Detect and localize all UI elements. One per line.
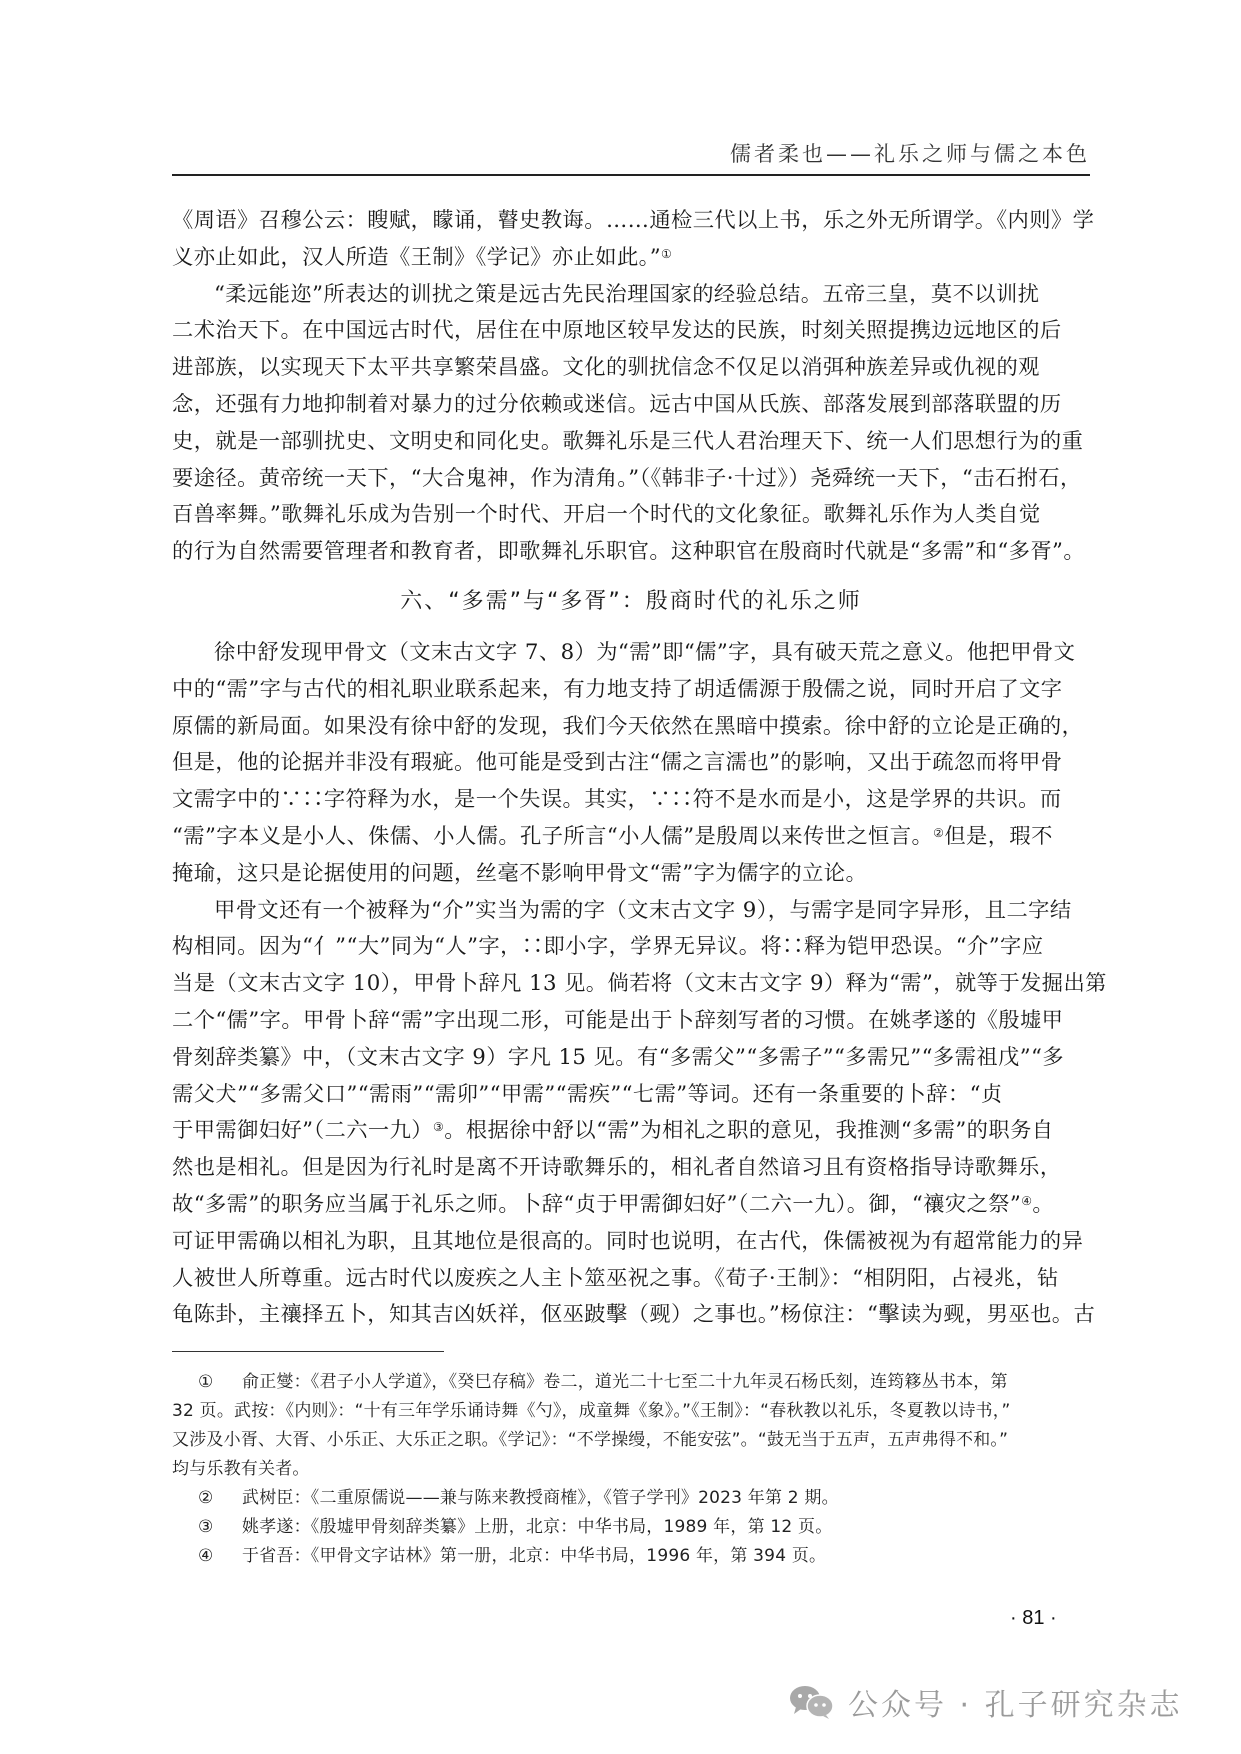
- footnote-line: ①俞正燮：《君子小人学道》，《癸巳存稿》卷二，道光二十七至二十九年灵石杨氏刻，连…: [172, 1368, 1090, 1397]
- watermark-text: 公众号 · 孔子研究杂志: [848, 1680, 1183, 1724]
- text-line: 掩瑜，这只是论据使用的问题，丝毫不影响甲骨文“需”字为儒字的立论。: [172, 856, 1090, 893]
- text-line: 构相同。因为“亻”“大”同为“人”字，∷即小字，学界无异议。将∷释为铠甲恐误。“…: [172, 929, 1090, 966]
- text-line: 文需字中的∵∷字符释为水，是一个失误。其实，∵∷符不是水而是小，这是学界的共识。…: [172, 782, 1090, 819]
- footnote-line: 均与乐教有关者。: [172, 1455, 1090, 1484]
- line-text-tail: 但是，瑕不: [944, 824, 1053, 849]
- text-line: 需父犬”“多需父口”“需雨”“需卯”“甲需”“需疾”“七需”等词。还有一条重要的…: [172, 1077, 1090, 1114]
- line-text: 需父犬”“多需父口”“需雨”“需卯”“甲需”“需疾”“七需”等词。还有一条重要的…: [172, 1082, 1003, 1107]
- line-text: 原儒的新局面。如果没有徐中舒的发现，我们今天依然在黑暗中摸索。徐中舒的立论是正确…: [172, 714, 1083, 739]
- body-text: 《周语》召穆公云：瞍赋，矇诵，瞽史教诲。……通检三代以上书，乐之外无所谓学。《内…: [172, 203, 1090, 1334]
- footnote-text: 又涉及小胥、大胥、小乐正、大乐正之职。《学记》：“不学操缦，不能安弦”。“鼓无当…: [172, 1430, 1008, 1450]
- wechat-icon: [788, 1684, 836, 1720]
- footnote-number: ③: [198, 1513, 242, 1542]
- footnote-text: 于省吾：《甲骨文字诂林》第一册，北京：中华书局，1996 年，第 394 页。: [242, 1546, 826, 1566]
- text-line: 百兽率舞。”歌舞礼乐成为告别一个时代、开启一个时代的文化象征。歌舞礼乐作为人类自…: [172, 497, 1090, 534]
- line-text: 骨刻辞类纂》中，（文末古文字 9）字凡 15 见。有“多需父”“多需子”“多需兄…: [172, 1045, 1064, 1070]
- line-text: 掩瑜，这只是论据使用的问题，丝毫不影响甲骨文“需”字为儒字的立论。: [172, 861, 867, 886]
- text-line: 甲骨文还有一个被释为“介”实当为需的字（文末古文字 9），与需字是同字异形，且二…: [172, 893, 1090, 930]
- line-text: 义亦止如此，汉人所造《王制》《学记》亦止如此。”: [172, 245, 661, 270]
- footnote-ref[interactable]: ③: [433, 1120, 444, 1134]
- footnote-line: 32 页。武按：《内则》：“十有三年学乐诵诗舞《勺》，成童舞《象》。”《王制》：…: [172, 1397, 1090, 1426]
- watermark: 公众号 · 孔子研究杂志: [788, 1680, 1183, 1724]
- text-line: 原儒的新局面。如果没有徐中舒的发现，我们今天依然在黑暗中摸索。徐中舒的立论是正确…: [172, 709, 1090, 746]
- text-line: 的行为自然需要管理者和教育者，即歌舞礼乐职官。这种职官在殷商时代就是“多需”和“…: [172, 534, 1090, 571]
- footnote-number: ①: [198, 1368, 242, 1397]
- line-text: 可证甲需确以相礼为职，且其地位是很高的。同时也说明，在古代，侏儒被视为有超常能力…: [172, 1229, 1083, 1254]
- text-line: 徐中舒发现甲骨文（文末古文字 7、8）为“需”即“儒”字，具有破天荒之意义。他把…: [172, 635, 1090, 672]
- line-text: 于甲需御妇好”（二六一九）: [172, 1118, 433, 1143]
- line-text: 然也是相礼。但是因为行礼时是离不开诗歌舞乐的，相礼者自然谙习且有资格指导诗歌舞乐…: [172, 1155, 1062, 1180]
- text-line: 可证甲需确以相礼为职，且其地位是很高的。同时也说明，在古代，侏儒被视为有超常能力…: [172, 1224, 1090, 1261]
- line-text: 要途径。黄帝统一天下，“大合鬼神，作为清角。”（《韩非子·十过》）尧舜统一天下，…: [172, 466, 1082, 491]
- footnote-rule: [172, 1351, 444, 1352]
- section-heading: 六、“多需”与“多胥”：殷商时代的礼乐之师: [172, 571, 1090, 635]
- paragraphs-after-heading: 徐中舒发现甲骨文（文末古文字 7、8）为“需”即“儒”字，具有破天荒之意义。他把…: [172, 635, 1090, 1334]
- line-text: 进部族，以实现天下太平共享繁荣昌盛。文化的驯扰信念不仅足以消弭种族差异或仇视的观: [172, 355, 1040, 380]
- line-text: 的行为自然需要管理者和教育者，即歌舞礼乐职官。这种职官在殷商时代就是“多需”和“…: [172, 539, 1085, 564]
- footnote-number: ④: [198, 1542, 242, 1571]
- text-line: 念，还强有力地抑制着对暴力的过分依赖或迷信。远古中国从氏族、部落发展到部落联盟的…: [172, 387, 1090, 424]
- text-line: “需”字本义是小人、侏儒、小人儒。孔子所言“小人儒”是殷周以来传世之恒言。②但是…: [172, 819, 1090, 856]
- text-line: 人被世人所尊重。远古时代以废疾之人主卜筮巫祝之事。《荀子·王制》：“相阴阳，占祲…: [172, 1261, 1090, 1298]
- text-line: 但是，他的论据并非没有瑕疵。他可能是受到古注“儒之言濡也”的影响，又出于疏忽而将…: [172, 745, 1090, 782]
- line-text: 史，就是一部驯扰史、文明史和同化史。歌舞礼乐是三代人君治理天下、统一人们思想行为…: [172, 429, 1083, 454]
- text-line: “柔远能迩”所表达的训扰之策是远古先民治理国家的经验总结。五帝三皇，莫不以训扰: [172, 277, 1090, 314]
- text-line: 《周语》召穆公云：瞍赋，矇诵，瞽史教诲。……通检三代以上书，乐之外无所谓学。《内…: [172, 203, 1090, 240]
- text-line: 二术治天下。在中国远古时代，居住在中原地区较早发达的民族，时刻关照提携边远地区的…: [172, 313, 1090, 350]
- text-line: 然也是相礼。但是因为行礼时是离不开诗歌舞乐的，相礼者自然谙习且有资格指导诗歌舞乐…: [172, 1150, 1090, 1187]
- line-text: 百兽率舞。”歌舞礼乐成为告别一个时代、开启一个时代的文化象征。歌舞礼乐作为人类自…: [172, 502, 1041, 527]
- text-line: 二个“儒”字。甲骨卜辞“需”字出现二形，可能是出于卜辞刻写者的习惯。在姚孝遂的《…: [172, 1003, 1090, 1040]
- header-rule: [172, 174, 1090, 176]
- line-text: 念，还强有力地抑制着对暴力的过分依赖或迷信。远古中国从氏族、部落发展到部落联盟的…: [172, 392, 1062, 417]
- line-text: 二个“儒”字。甲骨卜辞“需”字出现二形，可能是出于卜辞刻写者的习惯。在姚孝遂的《…: [172, 1008, 1063, 1033]
- text-line: 史，就是一部驯扰史、文明史和同化史。歌舞礼乐是三代人君治理天下、统一人们思想行为…: [172, 424, 1090, 461]
- line-text: 当是（文末古文字 10），甲骨卜辞凡 13 见。倘若将（文末古文字 9）释为“需…: [172, 971, 1107, 996]
- footnote-number: ②: [198, 1484, 242, 1513]
- line-text: 文需字中的∵∷字符释为水，是一个失误。其实，∵∷符不是水而是小，这是学界的共识。…: [172, 787, 1062, 812]
- footnote-ref[interactable]: ①: [661, 247, 672, 261]
- line-text: 徐中舒发现甲骨文（文末古文字 7、8）为“需”即“儒”字，具有破天荒之意义。他把…: [214, 640, 1075, 665]
- line-text: 但是，他的论据并非没有瑕疵。他可能是受到古注“儒之言濡也”的影响，又出于疏忽而将…: [172, 750, 1062, 775]
- footnote-text: 俞正燮：《君子小人学道》，《癸巳存稿》卷二，道光二十七至二十九年灵石杨氏刻，连筠…: [242, 1372, 1008, 1392]
- line-text: 《周语》召穆公云：瞍赋，矇诵，瞽史教诲。……通检三代以上书，乐之外无所谓学。《内…: [172, 208, 1094, 233]
- line-text: “需”字本义是小人、侏儒、小人儒。孔子所言“小人儒”是殷周以来传世之恒言。: [172, 824, 933, 849]
- text-line: 进部族，以实现天下太平共享繁荣昌盛。文化的驯扰信念不仅足以消弭种族差异或仇视的观: [172, 350, 1090, 387]
- text-line: 于甲需御妇好”（二六一九）③。根据徐中舒以“需”为相礼之职的意见，我推测“多需”…: [172, 1113, 1090, 1150]
- text-line: 义亦止如此，汉人所造《王制》《学记》亦止如此。”①: [172, 240, 1090, 277]
- text-line: 当是（文末古文字 10），甲骨卜辞凡 13 见。倘若将（文末古文字 9）释为“需…: [172, 966, 1090, 1003]
- footnote-text: 姚孝遂：《殷墟甲骨刻辞类纂》上册，北京：中华书局，1989 年，第 12 页。: [242, 1517, 832, 1537]
- footnote-line: 又涉及小胥、大胥、小乐正、大乐正之职。《学记》：“不学操缦，不能安弦”。“鼓无当…: [172, 1426, 1090, 1455]
- line-text: 构相同。因为“亻”“大”同为“人”字，∷即小字，学界无异议。将∷释为铠甲恐误。“…: [172, 934, 1043, 959]
- line-text: 中的“需”字与古代的相礼职业联系起来，有力地支持了胡适儒源于殷儒之说，同时开启了…: [172, 677, 1062, 702]
- line-text: 甲骨文还有一个被释为“介”实当为需的字（文末古文字 9），与需字是同字异形，且二…: [214, 898, 1072, 923]
- footnote-text: 均与乐教有关者。: [172, 1459, 310, 1479]
- line-text: 故“多需”的职务应当属于礼乐之师。卜辞“贞于甲需御妇好”（二六一九）。御，“禳灾…: [172, 1192, 1021, 1217]
- line-text: 龟陈卦，主禳择五卜，知其吉凶妖祥，伛巫跛擊（觋）之事也。”杨倞注：“擊读为觋，男…: [172, 1302, 1095, 1327]
- text-line: 龟陈卦，主禳择五卜，知其吉凶妖祥，伛巫跛擊（觋）之事也。”杨倞注：“擊读为觋，男…: [172, 1297, 1090, 1334]
- running-header: 儒者柔也——礼乐之师与儒之本色: [172, 138, 1090, 172]
- footnote-text: 32 页。武按：《内则》：“十有三年学乐诵诗舞《勺》，成童舞《象》。”《王制》：…: [172, 1401, 1010, 1421]
- footnote-ref[interactable]: ④: [1021, 1194, 1032, 1208]
- page-number: · 81 ·: [1010, 1607, 1057, 1630]
- footnote-line: ④于省吾：《甲骨文字诂林》第一册，北京：中华书局，1996 年，第 394 页。: [172, 1542, 1090, 1571]
- footnotes: ①俞正燮：《君子小人学道》，《癸巳存稿》卷二，道光二十七至二十九年灵石杨氏刻，连…: [172, 1368, 1090, 1571]
- paragraphs-before-heading: 《周语》召穆公云：瞍赋，矇诵，瞽史教诲。……通检三代以上书，乐之外无所谓学。《内…: [172, 203, 1090, 571]
- footnote-text: 武树臣：《二重原儒说——兼与陈来教授商榷》，《管子学刊》2023 年第 2 期。: [242, 1488, 839, 1508]
- line-text: “柔远能迩”所表达的训扰之策是远古先民治理国家的经验总结。五帝三皇，莫不以训扰: [214, 282, 1039, 307]
- footnote-line: ③姚孝遂：《殷墟甲骨刻辞类纂》上册，北京：中华书局，1989 年，第 12 页。: [172, 1513, 1090, 1542]
- text-line: 要途径。黄帝统一天下，“大合鬼神，作为清角。”（《韩非子·十过》）尧舜统一天下，…: [172, 461, 1090, 498]
- line-text: 二术治天下。在中国远古时代，居住在中原地区较早发达的民族，时刻关照提携边远地区的…: [172, 318, 1062, 343]
- footnote-line: ②武树臣：《二重原儒说——兼与陈来教授商榷》，《管子学刊》2023 年第 2 期…: [172, 1484, 1090, 1513]
- line-text: 人被世人所尊重。远古时代以废疾之人主卜筮巫祝之事。《荀子·王制》：“相阴阳，占祲…: [172, 1266, 1059, 1291]
- line-text-tail: 。根据徐中舒以“需”为相礼之职的意见，我推测“多需”的职务自: [444, 1118, 1053, 1143]
- text-line: 骨刻辞类纂》中，（文末古文字 9）字凡 15 见。有“多需父”“多需子”“多需兄…: [172, 1040, 1090, 1077]
- line-text-tail: 。: [1032, 1192, 1054, 1217]
- footnote-ref[interactable]: ②: [933, 826, 944, 840]
- text-line: 故“多需”的职务应当属于礼乐之师。卜辞“贞于甲需御妇好”（二六一九）。御，“禳灾…: [172, 1187, 1090, 1224]
- text-line: 中的“需”字与古代的相礼职业联系起来，有力地支持了胡适儒源于殷儒之说，同时开启了…: [172, 672, 1090, 709]
